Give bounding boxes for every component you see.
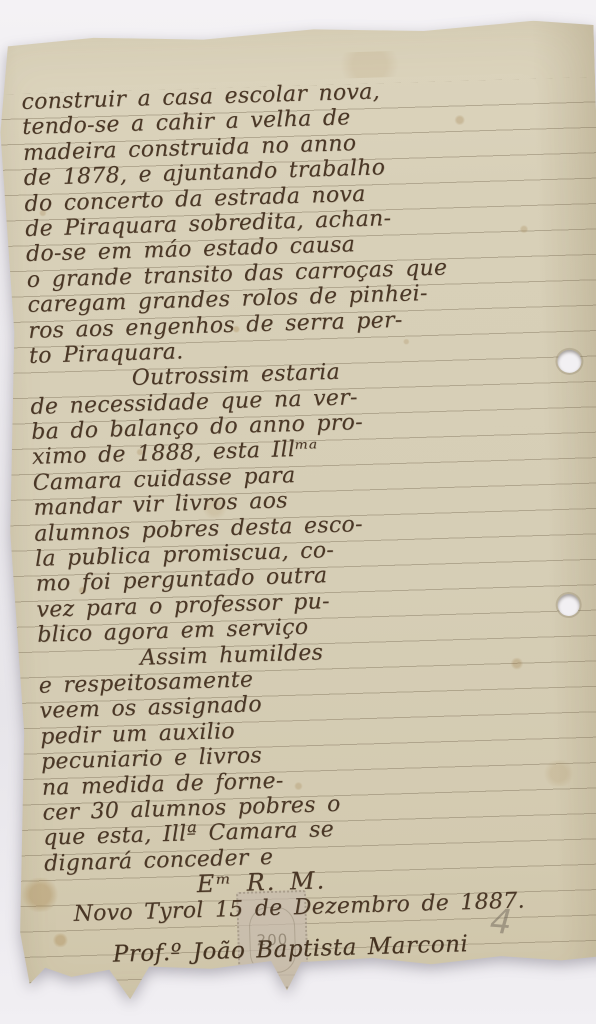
- manuscript-page: 200 construir a casa escolar nova, tendo…: [0, 15, 596, 1023]
- manuscript-text: construir a casa escolar nova, tendo-se …: [21, 75, 546, 927]
- pencil-note: 4: [489, 901, 514, 943]
- signature: Prof.º João Baptista Marconi: [112, 931, 468, 968]
- punch-hole-bottom: [557, 594, 580, 617]
- document-photo: 200 construir a casa escolar nova, tendo…: [0, 0, 596, 1024]
- punch-hole-top: [557, 350, 582, 374]
- paper-shadow-wrap: 200 construir a casa escolar nova, tendo…: [0, 0, 596, 1024]
